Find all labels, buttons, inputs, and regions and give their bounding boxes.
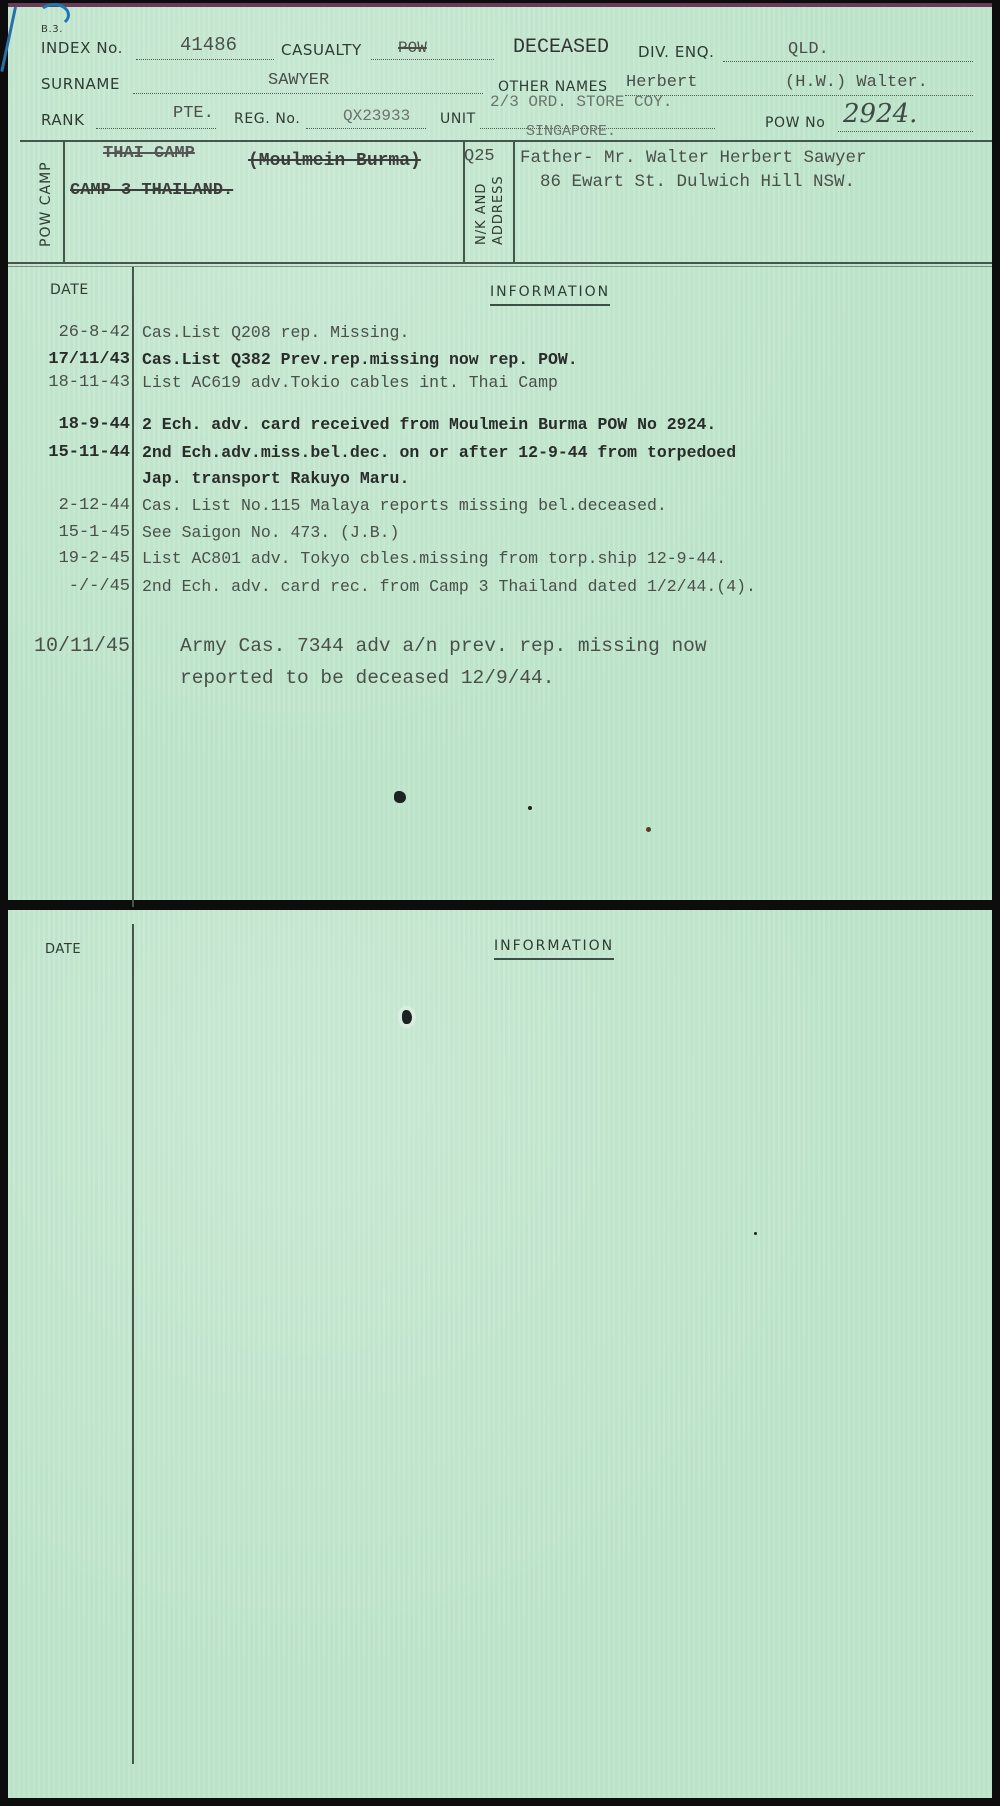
- other-names-value: Herbert: [626, 73, 697, 92]
- entry-date: 18-9-44: [59, 415, 130, 434]
- pow-camp-note: (Moulmein Burma): [248, 151, 421, 171]
- pow-no-label: POW No: [765, 115, 825, 131]
- unit-value-line2: SINGAPORE.: [526, 123, 616, 140]
- date-column-header: DATE: [50, 282, 89, 298]
- reg-no-label: REG. No.: [234, 111, 300, 127]
- entry-date: 19-2-45: [59, 549, 130, 568]
- form-code: B.3.: [41, 24, 63, 35]
- entry-information: Army Cas. 7344 adv a/n prev. rep. missin…: [180, 635, 707, 657]
- date-column-divider-back: [132, 924, 134, 1764]
- div-enq-value: QLD.: [788, 40, 829, 59]
- nk-address-line2: 86 Ewart St. Dulwich Hill NSW.: [540, 172, 855, 192]
- entry-information: Cas.List Q382 Prev.rep.missing now rep. …: [142, 350, 578, 369]
- rank-label: RANK: [41, 111, 85, 129]
- pow-camp-divider: [63, 140, 65, 262]
- pen-stroke-mark: [0, 7, 17, 72]
- date-column-divider: [132, 267, 134, 907]
- index-value: 41486: [180, 34, 237, 56]
- entry-information: Cas. List No.115 Malaya reports missing …: [142, 496, 667, 515]
- reg-no-value: QX23933: [343, 107, 410, 125]
- casualty-struck-value: POW: [398, 39, 427, 57]
- rank-dotline: [96, 128, 216, 129]
- divider-lower: [8, 262, 992, 264]
- divider-upper: [20, 140, 992, 142]
- unit-label: UNIT: [440, 111, 476, 127]
- pow-camp-struck-line1: THAI CAMP: [103, 144, 195, 163]
- entry-date: 15-1-45: [59, 523, 130, 542]
- rank-value: PTE.: [173, 104, 214, 123]
- pow-camp-struck-line2: CAMP 3 THAILAND.: [70, 181, 233, 200]
- information-column-header: INFORMATION: [490, 284, 610, 306]
- entry-date: 10/11/45: [34, 635, 130, 658]
- div-enq-dotline: [723, 61, 973, 62]
- pow-no-dotline: [838, 131, 973, 132]
- record-card-front: B.3. INDEX No. 41486 CASUALTY POW DECEAS…: [8, 3, 992, 900]
- speck: [528, 806, 532, 810]
- entry-date: 18-11-43: [48, 373, 130, 392]
- surname-dotline: [133, 93, 483, 94]
- nk-address-label-line2: ADDRESS: [491, 175, 506, 245]
- divider-lower-2: [8, 266, 992, 267]
- nk-address-line1: Father- Mr. Walter Herbert Sawyer: [520, 148, 867, 168]
- unit-value-line1: 2/3 ORD. STORE COY.: [490, 93, 672, 111]
- entry-information: List AC801 adv. Tokyo cbles.missing from…: [142, 549, 726, 568]
- date-column-header-back: DATE: [45, 942, 81, 957]
- entry-date: 26-8-42: [59, 323, 130, 342]
- entry-information: 2nd Ech. adv. card rec. from Camp 3 Thai…: [142, 577, 756, 596]
- other-names-value-2: (H.W.) Walter.: [785, 73, 928, 92]
- other-names-dotline: [625, 95, 973, 96]
- nk-label-right-divider: [513, 140, 515, 262]
- speck: [646, 827, 651, 832]
- entry-date: 17/11/43: [48, 350, 130, 369]
- div-enq-label: DIV. ENQ.: [638, 43, 715, 61]
- record-card-back: DATE INFORMATION: [8, 910, 992, 1798]
- surname-value: SAWYER: [268, 71, 329, 90]
- nk-address-label-line1: N/K AND: [474, 183, 489, 245]
- entry-information: 2 Ech. adv. card received from Moulmein …: [142, 415, 716, 434]
- pow-no-value: 2924.: [843, 99, 917, 129]
- entry-date: 2-12-44: [59, 496, 130, 515]
- entry-date: -/-/45: [69, 577, 130, 596]
- punch-hole: [402, 1010, 412, 1024]
- casualty-dotline: [371, 59, 494, 60]
- index-label: INDEX No.: [41, 39, 123, 57]
- entry-information: Jap. transport Rakuyo Maru.: [142, 469, 409, 488]
- entry-information: reported to be deceased 12/9/44.: [180, 667, 554, 689]
- pow-camp-code: Q25: [464, 147, 495, 166]
- casualty-value: DECEASED: [513, 36, 609, 59]
- index-dotline: [136, 59, 274, 60]
- entry-information: List AC619 adv.Tokio cables int. Thai Ca…: [142, 373, 558, 392]
- entry-information: Cas.List Q208 rep. Missing.: [142, 323, 409, 342]
- punch-hole: [394, 791, 406, 803]
- entry-information: 2nd Ech.adv.miss.bel.dec. on or after 12…: [142, 443, 736, 462]
- surname-label: SURNAME: [41, 75, 120, 93]
- entry-date: 15-11-44: [48, 443, 130, 462]
- speck: [754, 1232, 757, 1235]
- casualty-label: CASUALTY: [281, 41, 362, 59]
- reg-no-dotline: [306, 128, 426, 129]
- pow-camp-label: POW CAMP: [38, 161, 54, 247]
- information-column-header-back: INFORMATION: [494, 938, 614, 960]
- entry-information: See Saigon No. 473. (J.B.): [142, 523, 399, 542]
